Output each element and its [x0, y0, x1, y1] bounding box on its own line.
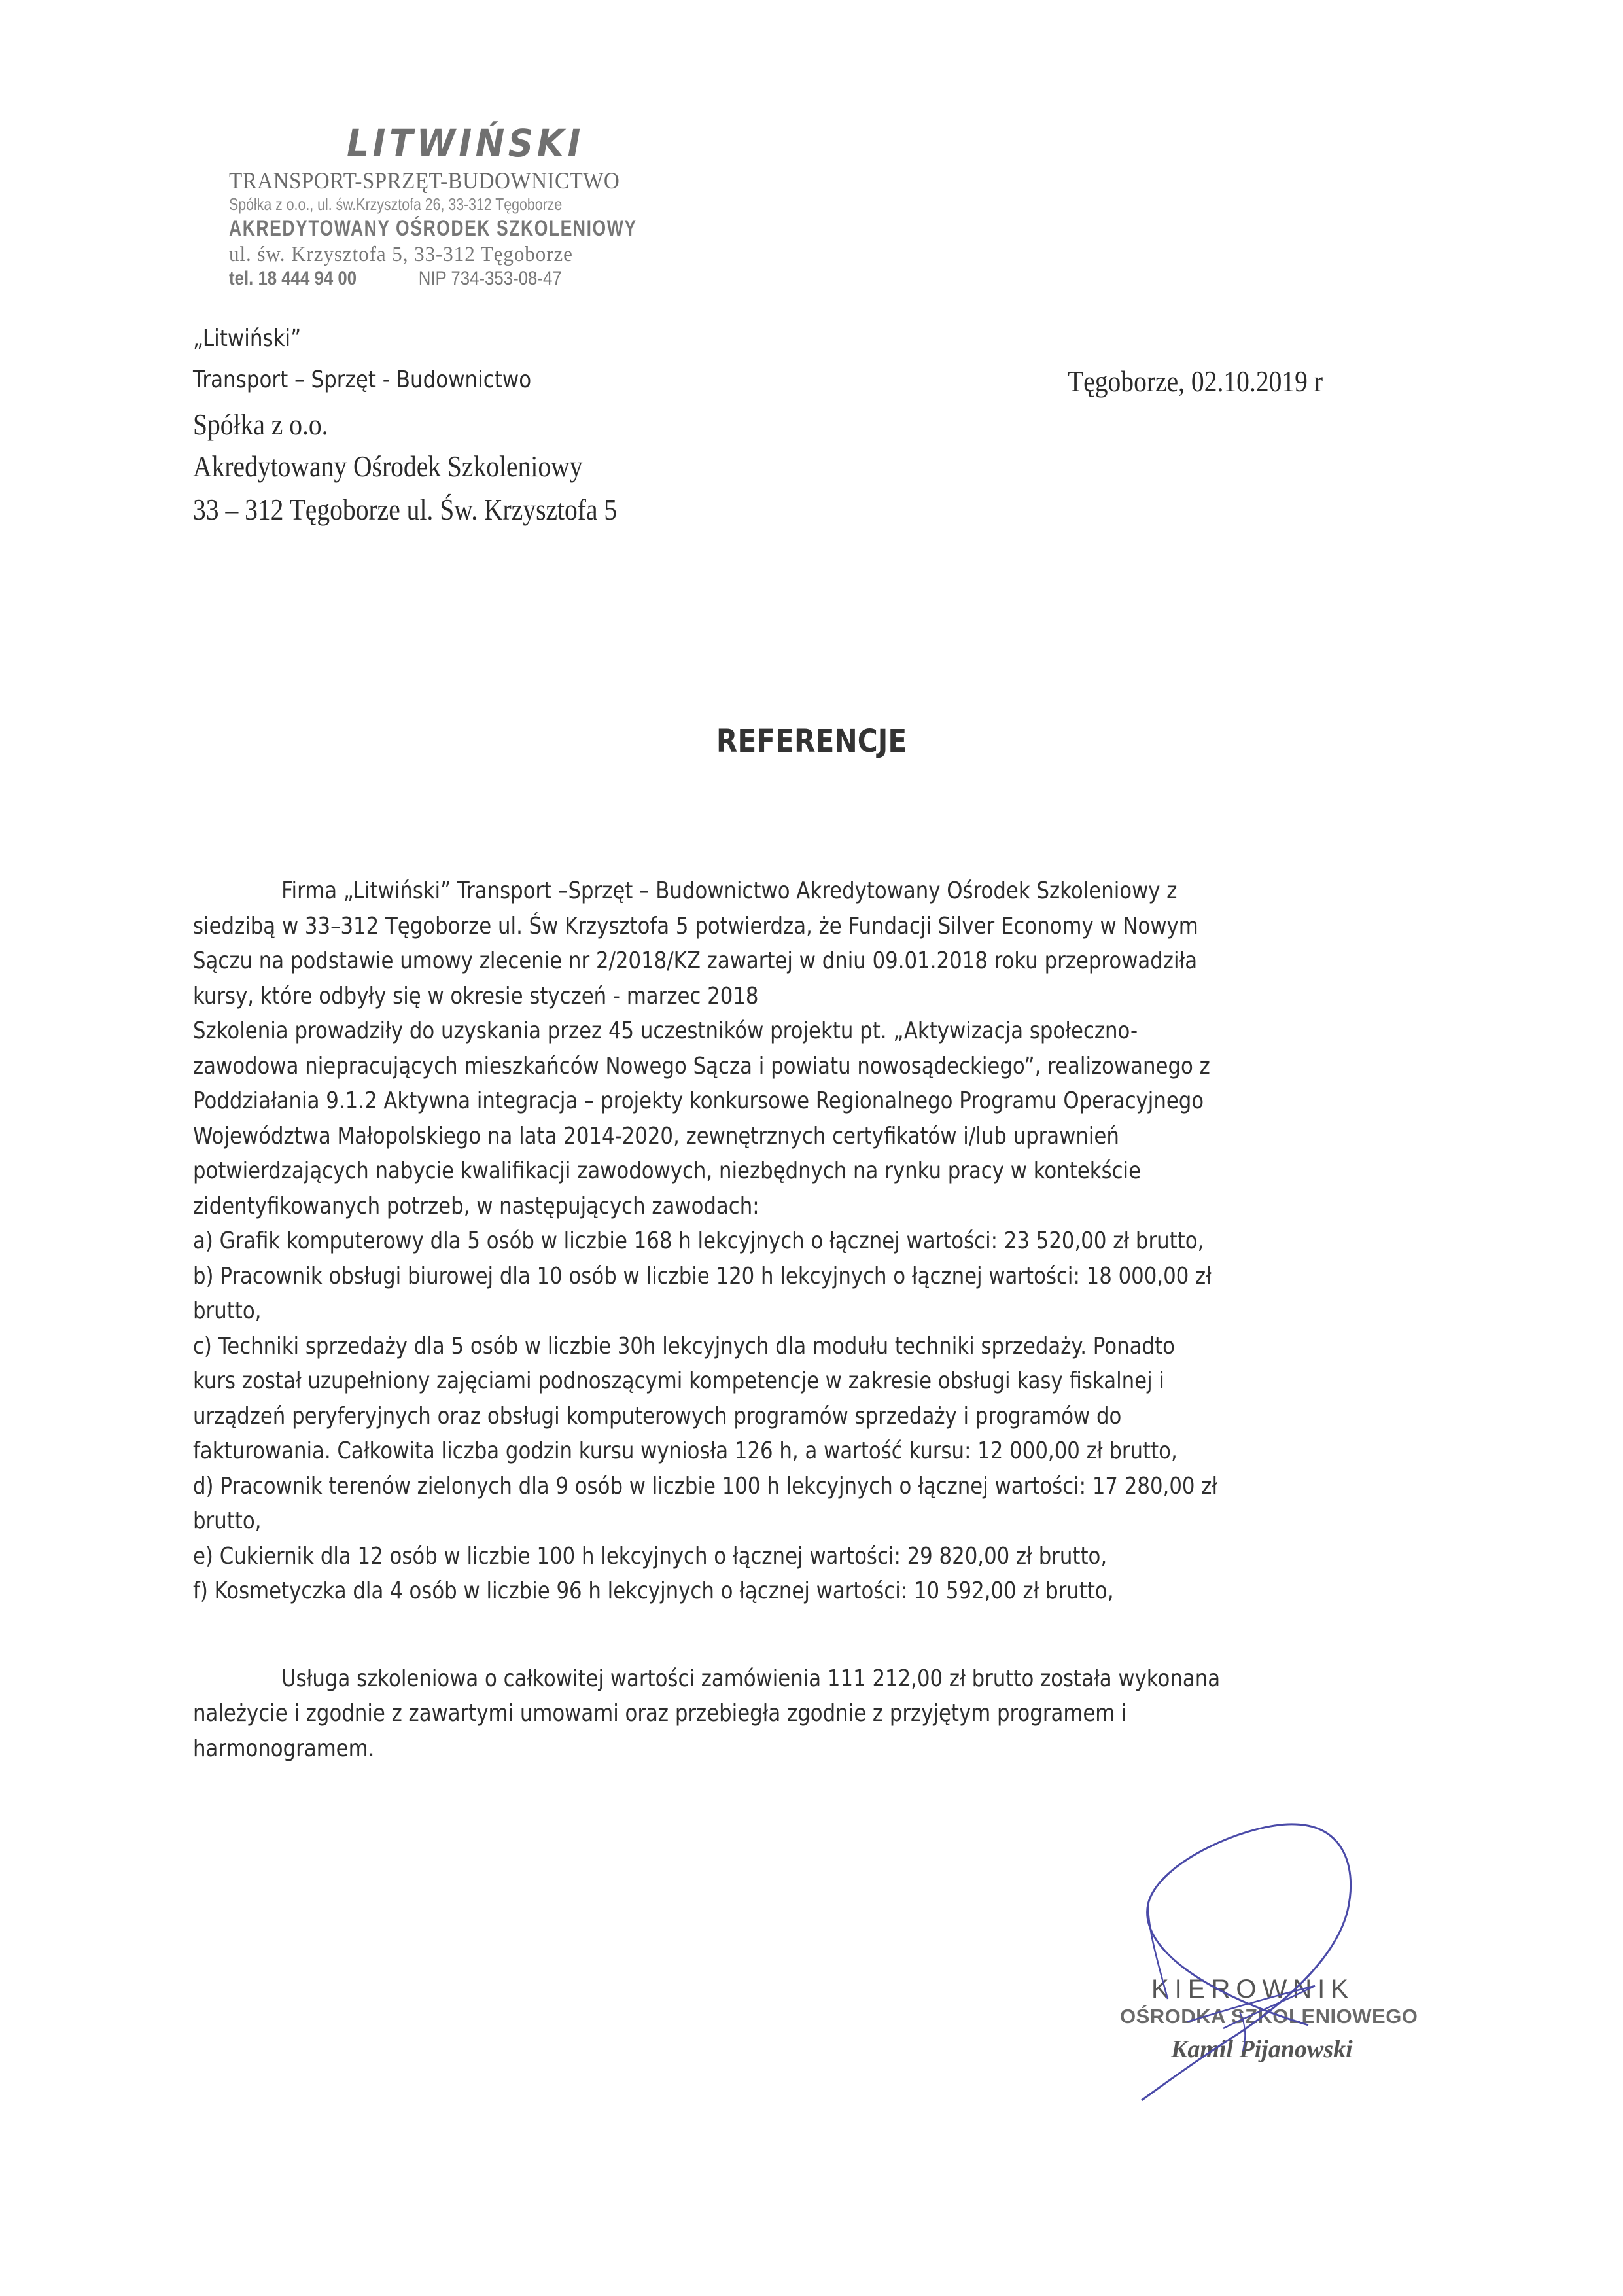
body-line: zidentyfikowanych potrzeb, w następujący…	[193, 1189, 1289, 1224]
sender-name: „Litwiński”	[193, 325, 301, 352]
document-date: Tęgoborze, 02.10.2019 r	[1068, 364, 1323, 398]
stamp-line-company-address: Spółka z o.o., ul. św.Krzysztofa 26, 33-…	[229, 194, 562, 215]
sender-center: Akredytowany Ośrodek Szkoleniowy	[193, 449, 582, 484]
list-item-b: b) Pracownik obsługi biurowej dla 10 osó…	[193, 1259, 1289, 1294]
body-line: Poddziałania 9.1.2 Aktywna integracja – …	[193, 1084, 1289, 1119]
body-line: Szkolenia prowadziły do uzyskania przez …	[193, 1014, 1289, 1049]
list-item-c-cont: urządzeń peryferyjnych oraz obsługi komp…	[193, 1399, 1289, 1434]
body-line: Sączu na podstawie umowy zlecenie nr 2/2…	[193, 944, 1289, 979]
sender-address: 33 – 312 Tęgoborze ul. Św. Krzysztofa 5	[193, 492, 617, 527]
signature-stamp-name: Kamil Pijanowski	[1171, 2035, 1353, 2064]
closing-line: Usługa szkoleniowa o całkowitej wartości…	[193, 1661, 1289, 1697]
stamp-brand: LITWIŃSKI	[347, 121, 584, 166]
stamp-line-activities: TRANSPORT-SPRZĘT-BUDOWNICTWO	[229, 167, 620, 194]
document-title-text: REFERENCJE	[716, 723, 907, 760]
body-line: potwierdzających nabycie kwalifikacji za…	[193, 1154, 1289, 1189]
list-item-a: a) Grafik komputerowy dla 5 osób w liczb…	[193, 1224, 1289, 1259]
list-item-d: d) Pracownik terenów zielonych dla 9 osó…	[193, 1469, 1289, 1504]
sender-activities: Transport – Sprzęt - Budownictwo	[193, 366, 531, 393]
body-line: Firma „Litwiński” Transport –Sprzęt – Bu…	[193, 874, 1289, 909]
list-item-c-cont: kurs został uzupełniony zajęciami podnos…	[193, 1364, 1289, 1399]
list-item-d-cont: brutto,	[193, 1504, 1289, 1539]
body-line: kursy, które odbyły się w okresie stycze…	[193, 979, 1289, 1014]
signature-stamp-subtitle: OŚRODKA SZKOLENIOWEGO	[1120, 2005, 1418, 2028]
stamp-line-center: AKREDYTOWANY OŚRODEK SZKOLENIOWY	[229, 216, 637, 241]
stamp-nip: NIP 734-353-08-47	[419, 268, 562, 289]
list-item-b-cont: brutto,	[193, 1294, 1289, 1329]
list-item-f: f) Kosmetyczka dla 4 osób w liczbie 96 h…	[193, 1574, 1289, 1609]
body-line: siedzibą w 33–312 Tęgoborze ul. Św Krzys…	[193, 909, 1289, 944]
stamp-line-contact: tel. 18 444 94 00NIP 734-353-08-47	[229, 268, 562, 290]
body-line: zawodowa niepracujących mieszkańców Nowe…	[193, 1049, 1289, 1084]
document-title: REFERENCJE	[0, 723, 1623, 760]
stamp-phone: tel. 18 444 94 00	[229, 268, 357, 289]
list-item-c-cont: fakturowania. Całkowita liczba godzin ku…	[193, 1434, 1289, 1469]
sender-legal-form: Spółka z o.o.	[193, 407, 328, 442]
closing-line: należycie i zgodnie z zawartymi umowami …	[193, 1696, 1289, 1731]
letter-body: Firma „Litwiński” Transport –Sprzęt – Bu…	[193, 874, 1475, 1766]
closing-line: harmonogramem.	[193, 1731, 1289, 1767]
stamp-line-center-address: ul. św. Krzysztofa 5, 33-312 Tęgoborze	[229, 243, 573, 267]
list-item-c: c) Techniki sprzedaży dla 5 osób w liczb…	[193, 1329, 1289, 1364]
list-item-e: e) Cukiernik dla 12 osób w liczbie 100 h…	[193, 1539, 1289, 1574]
body-line: Województwa Małopolskiego na lata 2014-2…	[193, 1119, 1289, 1154]
signature-stamp-title: KIEROWNIK	[1151, 1975, 1354, 2004]
